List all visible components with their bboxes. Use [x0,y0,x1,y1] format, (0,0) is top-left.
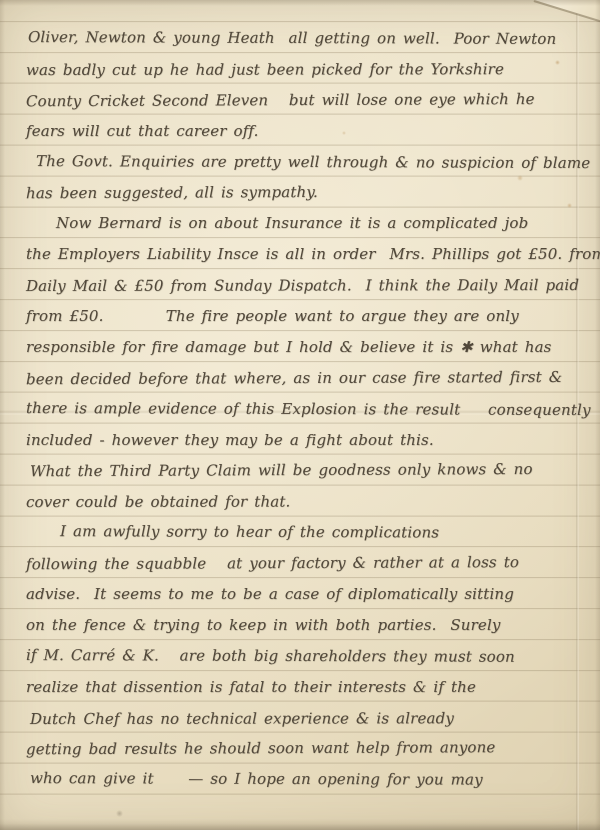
handwritten-line: was badly cut up he had just been picked… [26,54,588,86]
handwritten-line: Now Bernard is on about Insurance it is … [26,208,588,239]
handwritten-line: who can give it — so I hope an opening f… [26,763,588,796]
handwritten-line: County Cricket Second Eleven but will lo… [26,84,588,117]
stain-spot [116,810,123,817]
letter-body: Oliver, Newton & young Heath all getting… [26,23,588,795]
handwritten-line: cover could be obtained for that. [26,486,588,518]
handwritten-line: there is ample evidence of this Explosio… [26,393,588,426]
handwritten-line: What the Third Party Claim will be goodn… [26,454,588,487]
handwritten-line: realize that dissention is fatal to thei… [26,672,588,703]
handwritten-line: The Govt. Enquiries are pretty well thro… [26,146,588,179]
handwritten-line: fears will cut that career off. [26,116,588,147]
handwritten-line: the Employers Liability Insce is all in … [26,239,588,270]
handwritten-line: responsible for fire damage but I hold &… [26,332,588,363]
handwritten-line: Daily Mail & £50 from Sunday Dispatch. I… [26,270,588,302]
handwritten-line: been decided before that where, as in ou… [26,362,588,395]
handwritten-line: on the fence & trying to keep in with bo… [26,610,588,641]
handwritten-line: getting bad results he should soon want … [26,732,588,765]
handwritten-line: has been suggested, all is sympathy. [26,176,588,209]
letter-page: Oliver, Newton & young Heath all getting… [0,0,600,830]
handwritten-line: included - however they may be a fight a… [26,425,588,456]
handwritten-line: from £50. The fire people want to argue … [26,301,588,332]
handwritten-line: Dutch Chef has no technical experience &… [26,703,588,735]
handwritten-line: if M. Carré & K. are both big shareholde… [26,640,588,673]
handwritten-line: following the squabble at your factory &… [26,547,588,580]
handwritten-line: I am awfully sorry to hear of the compli… [26,516,588,549]
handwritten-line: advise. It seems to me to be a case of d… [26,579,588,610]
handwritten-line: Oliver, Newton & young Heath all getting… [26,22,588,55]
